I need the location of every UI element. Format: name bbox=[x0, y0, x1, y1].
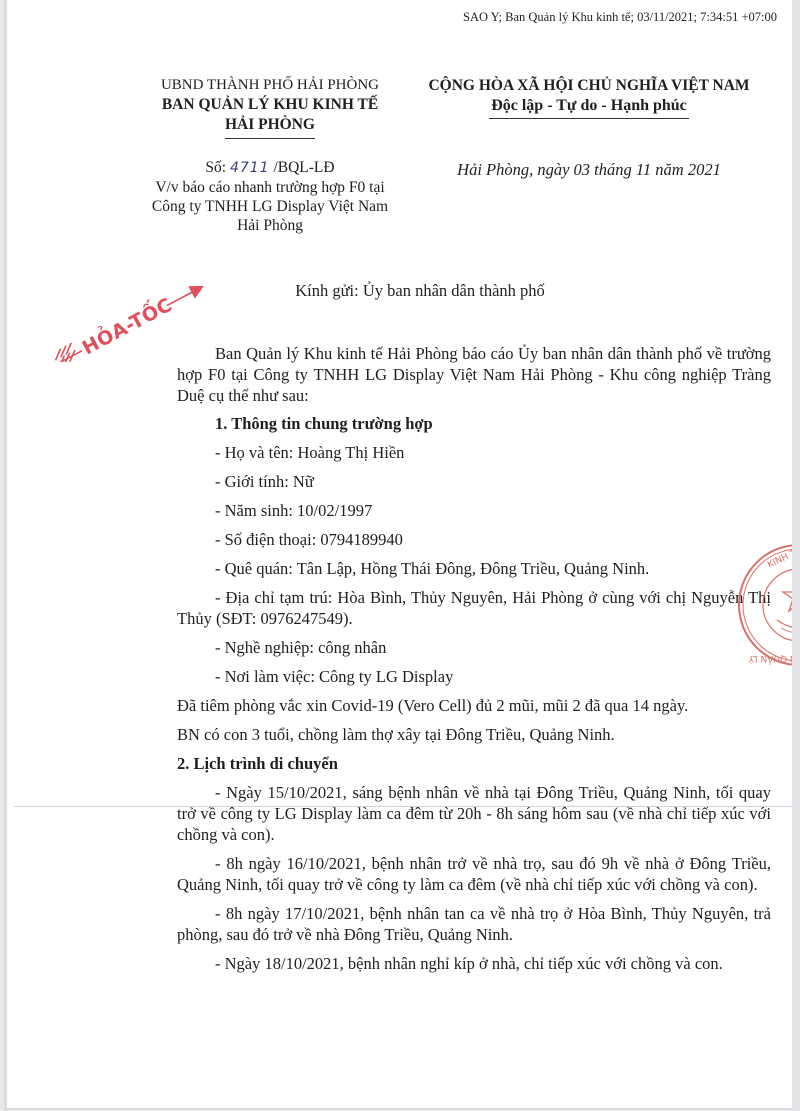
national-title: CỘNG HÒA XÃ HỘI CHỦ NGHĨA VIỆT NAM bbox=[403, 76, 775, 95]
authority-underline bbox=[225, 138, 315, 139]
national-motto: Độc lập - Tự do - Hạnh phúc bbox=[403, 95, 775, 116]
intro-paragraph: Ban Quản lý Khu kinh tế Hải Phòng báo cá… bbox=[177, 343, 771, 406]
document-number: Số: 4711 /BQL-LĐ bbox=[135, 158, 405, 178]
authority-line-2: BAN QUẢN LÝ KHU KINH TẾ bbox=[135, 95, 405, 115]
itinerary-item: - 8h ngày 17/10/2021, bệnh nhân tan ca v… bbox=[177, 903, 771, 945]
itinerary-item: - Ngày 18/10/2021, bệnh nhân nghỉ kíp ở … bbox=[177, 953, 771, 974]
page-edge bbox=[792, 0, 800, 1111]
motto-underline bbox=[489, 118, 689, 119]
national-motto-header: CỘNG HÒA XÃ HỘI CHỦ NGHĨA VIỆT NAM Độc l… bbox=[403, 76, 775, 119]
info-vaccine: Đã tiêm phòng vắc xin Covid-19 (Vero Cel… bbox=[177, 695, 771, 716]
info-temp-address: - Địa chỉ tạm trú: Hòa Bình, Thủy Nguyên… bbox=[177, 587, 771, 629]
subject-line-2: Công ty TNHH LG Display Việt Nam bbox=[135, 197, 405, 216]
itinerary-item: - Ngày 15/10/2021, sáng bệnh nhân về nhà… bbox=[177, 782, 771, 845]
recipient-line: Kính gửi: Ủy ban nhân dân thành phố bbox=[7, 281, 793, 301]
info-gender: - Giới tính: Nữ bbox=[177, 471, 771, 492]
authority-line-3: HẢI PHÒNG bbox=[135, 115, 405, 135]
info-phone: - Số điện thoại: 0794189940 bbox=[177, 529, 771, 550]
itinerary-item: - 8h ngày 16/10/2021, bệnh nhân trở về n… bbox=[177, 853, 771, 895]
subject-line-1: V/v báo cáo nhanh trường hợp F0 tại bbox=[135, 178, 405, 197]
document-number-block: Số: 4711 /BQL-LĐ V/v báo cáo nhanh trườn… bbox=[135, 158, 405, 235]
info-family: BN có con 3 tuổi, chồng làm thợ xây tại … bbox=[177, 724, 771, 745]
digital-signature-line: SAO Y; Ban Quản lý Khu kinh tế; 03/11/20… bbox=[463, 10, 777, 25]
info-birthdate: - Năm sinh: 10/02/1997 bbox=[177, 500, 771, 521]
doc-number-handwritten: 4711 bbox=[230, 160, 270, 176]
report-body: Ban Quản lý Khu kinh tế Hải Phòng báo cá… bbox=[177, 315, 771, 974]
seal-emblem-icon: KINH TẾ HẢI PH BAN QUẢN LÝ bbox=[721, 540, 800, 670]
info-occupation: - Nghề nghiệp: công nhân bbox=[177, 637, 771, 658]
doc-number-prefix: Số: bbox=[205, 159, 230, 176]
section-1-title: 1. Thông tin chung trường hợp bbox=[177, 413, 771, 434]
issuing-authority-header: UBND THÀNH PHỐ HẢI PHÒNG BAN QUẢN LÝ KHU… bbox=[135, 76, 405, 139]
info-workplace: - Nơi làm việc: Công ty LG Display bbox=[177, 666, 771, 687]
info-hometown: - Quê quán: Tân Lập, Hồng Thái Đông, Đôn… bbox=[177, 558, 771, 579]
place-date-line: Hải Phòng, ngày 03 tháng 11 năm 2021 bbox=[403, 160, 775, 180]
info-name: - Họ và tên: Hoàng Thị Hiền bbox=[177, 442, 771, 463]
authority-line-1: UBND THÀNH PHỐ HẢI PHÒNG bbox=[135, 76, 405, 95]
document-page: SAO Y; Ban Quản lý Khu kinh tế; 03/11/20… bbox=[4, 0, 793, 1110]
subject-line-3: Hải Phòng bbox=[135, 216, 405, 235]
doc-number-suffix: /BQL-LĐ bbox=[270, 159, 335, 176]
page-fold-line bbox=[14, 806, 797, 807]
section-2-title: 2. Lịch trình di chuyển bbox=[177, 753, 771, 774]
official-seal: KINH TẾ HẢI PH BAN QUẢN LÝ bbox=[721, 540, 800, 670]
